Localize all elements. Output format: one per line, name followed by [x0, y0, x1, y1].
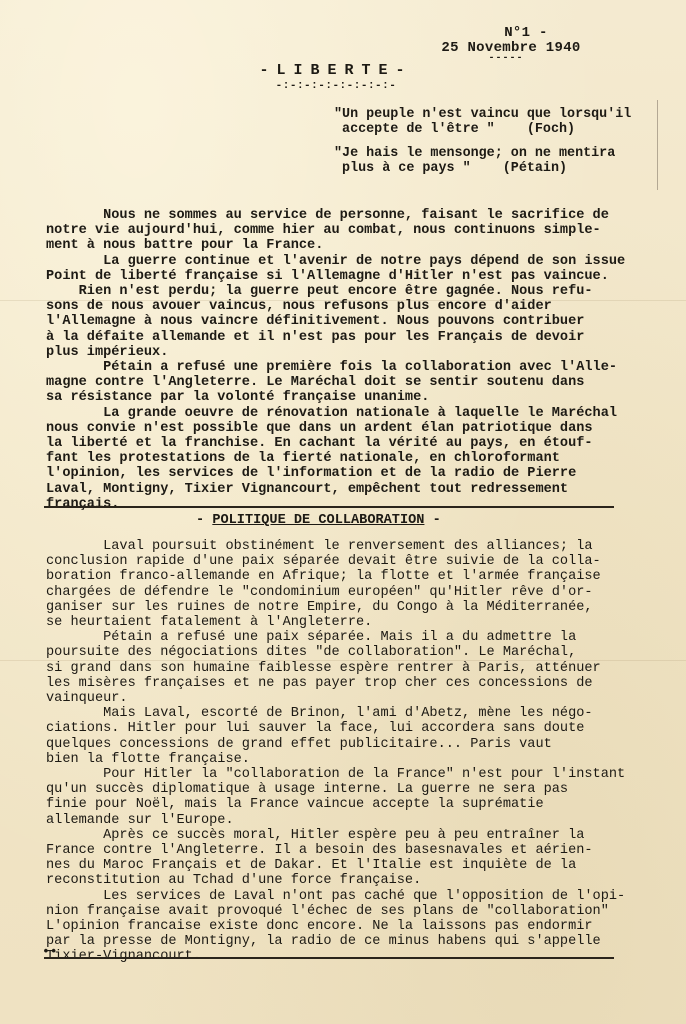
paragraph: Nous ne sommes au service de personne, f… [46, 208, 646, 254]
intro-text: Nous ne sommes au service de personne, f… [46, 208, 646, 512]
paragraph: Les services de Laval n'ont pas caché qu… [46, 889, 646, 965]
epigraphs: "Un peuple n'est vaincu que lorsqu'il ac… [334, 108, 674, 186]
paragraph: Rien n'est perdu; la guerre peut encore … [46, 284, 646, 360]
section-heading: - POLITIQUE DE COLLABORATION - [196, 513, 441, 528]
heading-prefix: - [196, 513, 212, 528]
quote-foch: "Un peuple n'est vaincu que lorsqu'il ac… [334, 108, 674, 137]
paragraph: Après ce succès moral, Hitler espère peu… [46, 828, 646, 889]
document-page: N°1 - 25 Novembre 1940 ----- -LIBERTE- -… [0, 0, 686, 1024]
title-ornament: -:-:-:-:-:-:-:-:- [226, 80, 446, 92]
issue-header: N°1 - 25 Novembre 1940 ----- [436, 26, 586, 62]
heading-suffix: - [424, 513, 440, 528]
section-text: Laval poursuit obstinément le renverseme… [46, 539, 646, 965]
paragraph: Laval poursuit obstinément le renverseme… [46, 539, 646, 630]
paragraph: Pour Hitler la "collaboration de la Fran… [46, 767, 646, 828]
masthead: -LIBERTE- -:-:-:-:-:-:-:-:- [226, 62, 446, 92]
paragraph: La guerre continue et l'avenir de notre … [46, 254, 646, 284]
issue-number: N°1 - [466, 26, 586, 41]
bottom-rule [44, 957, 614, 959]
quote-petain: "Je hais le mensonge; on ne mentira plus… [334, 147, 674, 176]
paragraph: Pétain a refusé une paix séparée. Mais i… [46, 630, 646, 706]
newspaper-title: -LIBERTE- [226, 62, 446, 80]
paragraph: La grande oeuvre de rénovation nationale… [46, 406, 646, 512]
divider-rule [44, 506, 614, 508]
paragraph: Pétain a refusé une première fois la col… [46, 360, 646, 406]
heading-title: POLITIQUE DE COLLABORATION [212, 513, 424, 528]
date-underline: ----- [426, 56, 586, 62]
paragraph: Mais Laval, escorté de Brinon, l'ami d'A… [46, 706, 646, 767]
